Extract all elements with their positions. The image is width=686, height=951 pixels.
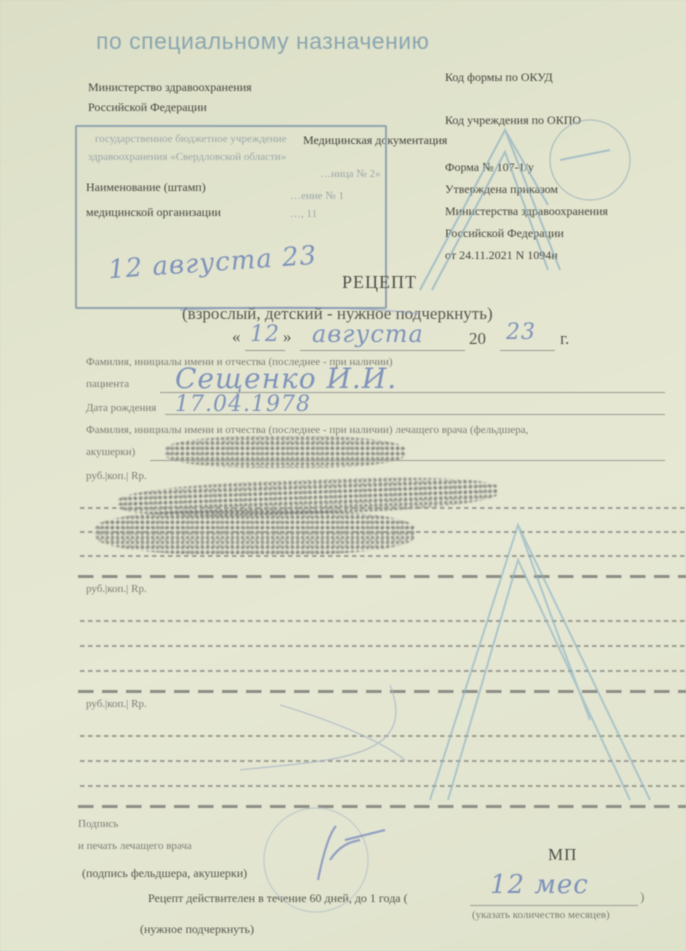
pen-strike-icon	[240, 685, 405, 770]
stamps-and-pen-marks	[0, 0, 686, 951]
round-seal-icon	[264, 808, 368, 912]
triangle-stamp-top-icon	[420, 120, 630, 290]
triangle-stamp-bottom-icon	[430, 525, 650, 800]
doctor-signature-icon	[318, 826, 385, 880]
prescription-paper: по специальному назначению Министерство …	[0, 0, 686, 951]
